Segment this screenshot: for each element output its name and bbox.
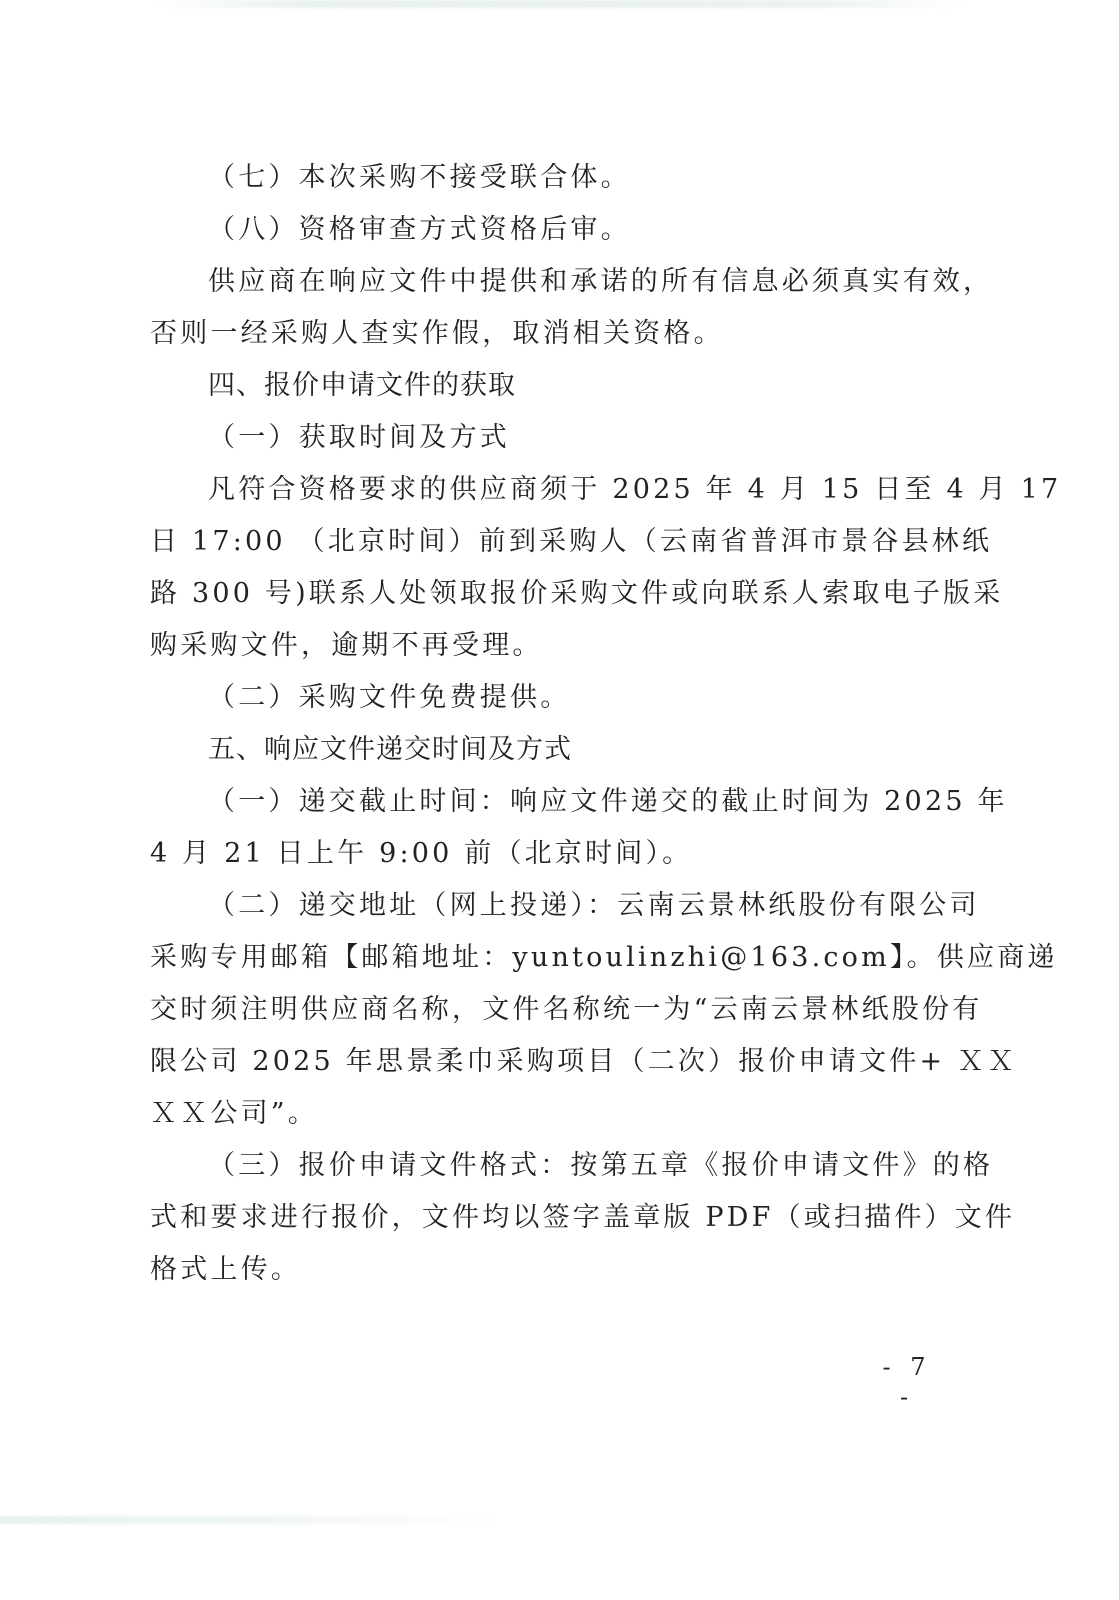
section-heading-4: 四、报价申请文件的获取 <box>208 366 960 406</box>
text-line: 否则一经采购人查实作假，取消相关资格。 <box>150 314 960 354</box>
text-line: 限公司 2025 年思景柔巾采购项目（二次）报价申请文件+ ＸＸ <box>150 1042 960 1082</box>
text-line: 格式上传。 <box>150 1250 960 1290</box>
text-line: （三）报价申请文件格式：按第五章《报价申请文件》的格 <box>208 1146 960 1186</box>
text-line: 凡符合资格要求的供应商须于 2025 年 4 月 15 日至 4 月 17 <box>208 470 960 510</box>
text-line: （二）递交地址（网上投递）：云南云景林纸股份有限公司 <box>208 886 960 926</box>
section-heading-5: 五、响应文件递交时间及方式 <box>208 730 960 770</box>
text-line: 供应商在响应文件中提供和承诺的所有信息必须真实有效， <box>208 262 960 302</box>
text-line: （八）资格审查方式资格后审。 <box>208 210 960 250</box>
page-number: - 7 - <box>872 1352 942 1412</box>
text-line: 式和要求进行报价，文件均以签字盖章版 PDF（或扫描件）文件 <box>150 1198 960 1238</box>
text-line: 日 17:00 （北京时间）前到采购人（云南省普洱市景谷县林纸 <box>150 522 960 562</box>
text-line: （一）递交截止时间：响应文件递交的截止时间为 2025 年 <box>208 782 960 822</box>
text-line: 路 300 号)联系人处领取报价采购文件或向联系人索取电子版采 <box>150 574 960 614</box>
subsection-heading: （一）获取时间及方式 <box>208 418 960 458</box>
document-page: （七）本次采购不接受联合体。 （八）资格审查方式资格后审。 供应商在响应文件中提… <box>0 0 1119 1600</box>
text-line: 购采购文件，逾期不再受理。 <box>150 626 960 666</box>
text-line: 4 月 21 日上午 9:00 前（北京时间）。 <box>150 834 960 874</box>
text-line-email: 采购专用邮箱【邮箱地址：yuntoulinzhi@163.com】。供应商递 <box>150 938 960 978</box>
text-line: （七）本次采购不接受联合体。 <box>208 158 960 198</box>
text-line: （二）采购文件免费提供。 <box>208 678 960 718</box>
scan-bleed-bottom <box>0 1516 500 1524</box>
text-line: 交时须注明供应商名称，文件名称统一为“云南云景林纸股份有 <box>150 990 960 1030</box>
text-line: ＸＸ公司”。 <box>150 1094 960 1134</box>
